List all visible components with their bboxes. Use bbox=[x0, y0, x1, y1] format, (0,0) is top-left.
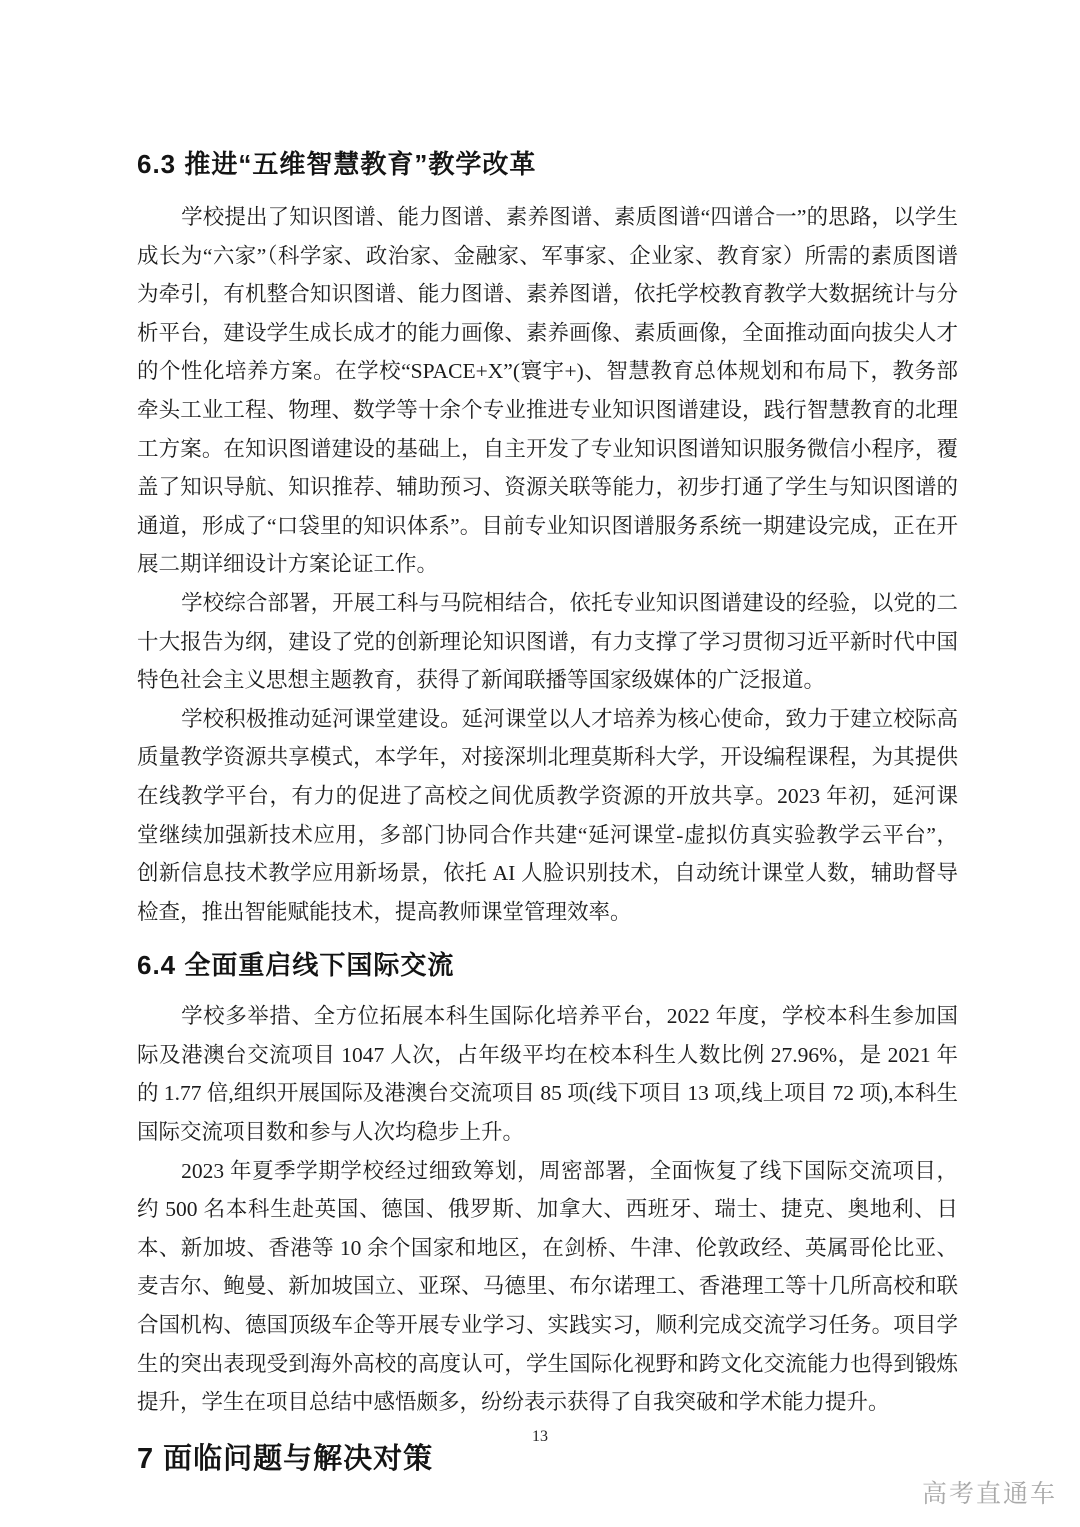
paragraph-yanhe-classroom: 学校积极推动延河课堂建设。延河课堂以人才培养为核心使命，致力于建立校际高质量教学… bbox=[137, 700, 958, 932]
paragraph-summer-exchange-programs: 2023 年夏季学期学校经过细致筹划，周密部署，全面恢复了线下国际交流项目，约 … bbox=[137, 1152, 958, 1422]
document-body: 6.3 推进“五维智慧教育”教学改革 学校提出了知识图谱、能力图谱、素养图谱、素… bbox=[137, 146, 958, 1478]
paragraph-smart-education-1: 学校提出了知识图谱、能力图谱、素养图谱、素质图谱“四谱合一”的思路，以学生成长为… bbox=[137, 198, 958, 584]
section-heading-6-3: 6.3 推进“五维智慧教育”教学改革 bbox=[137, 146, 958, 182]
watermark-text: 高考直通车 bbox=[922, 1474, 1057, 1510]
paragraph-international-exchange-stats: 学校多举措、全方位拓展本科生国际化培养平台，2022 年度，学校本科生参加国际及… bbox=[137, 997, 958, 1151]
section-heading-6-4: 6.4 全面重启线下国际交流 bbox=[137, 947, 958, 983]
paragraph-party-knowledge-graph: 学校综合部署，开展工科与马院相结合，依托专业知识图谱建设的经验，以党的二十大报告… bbox=[137, 584, 958, 700]
page-number: 13 bbox=[0, 1428, 1080, 1446]
